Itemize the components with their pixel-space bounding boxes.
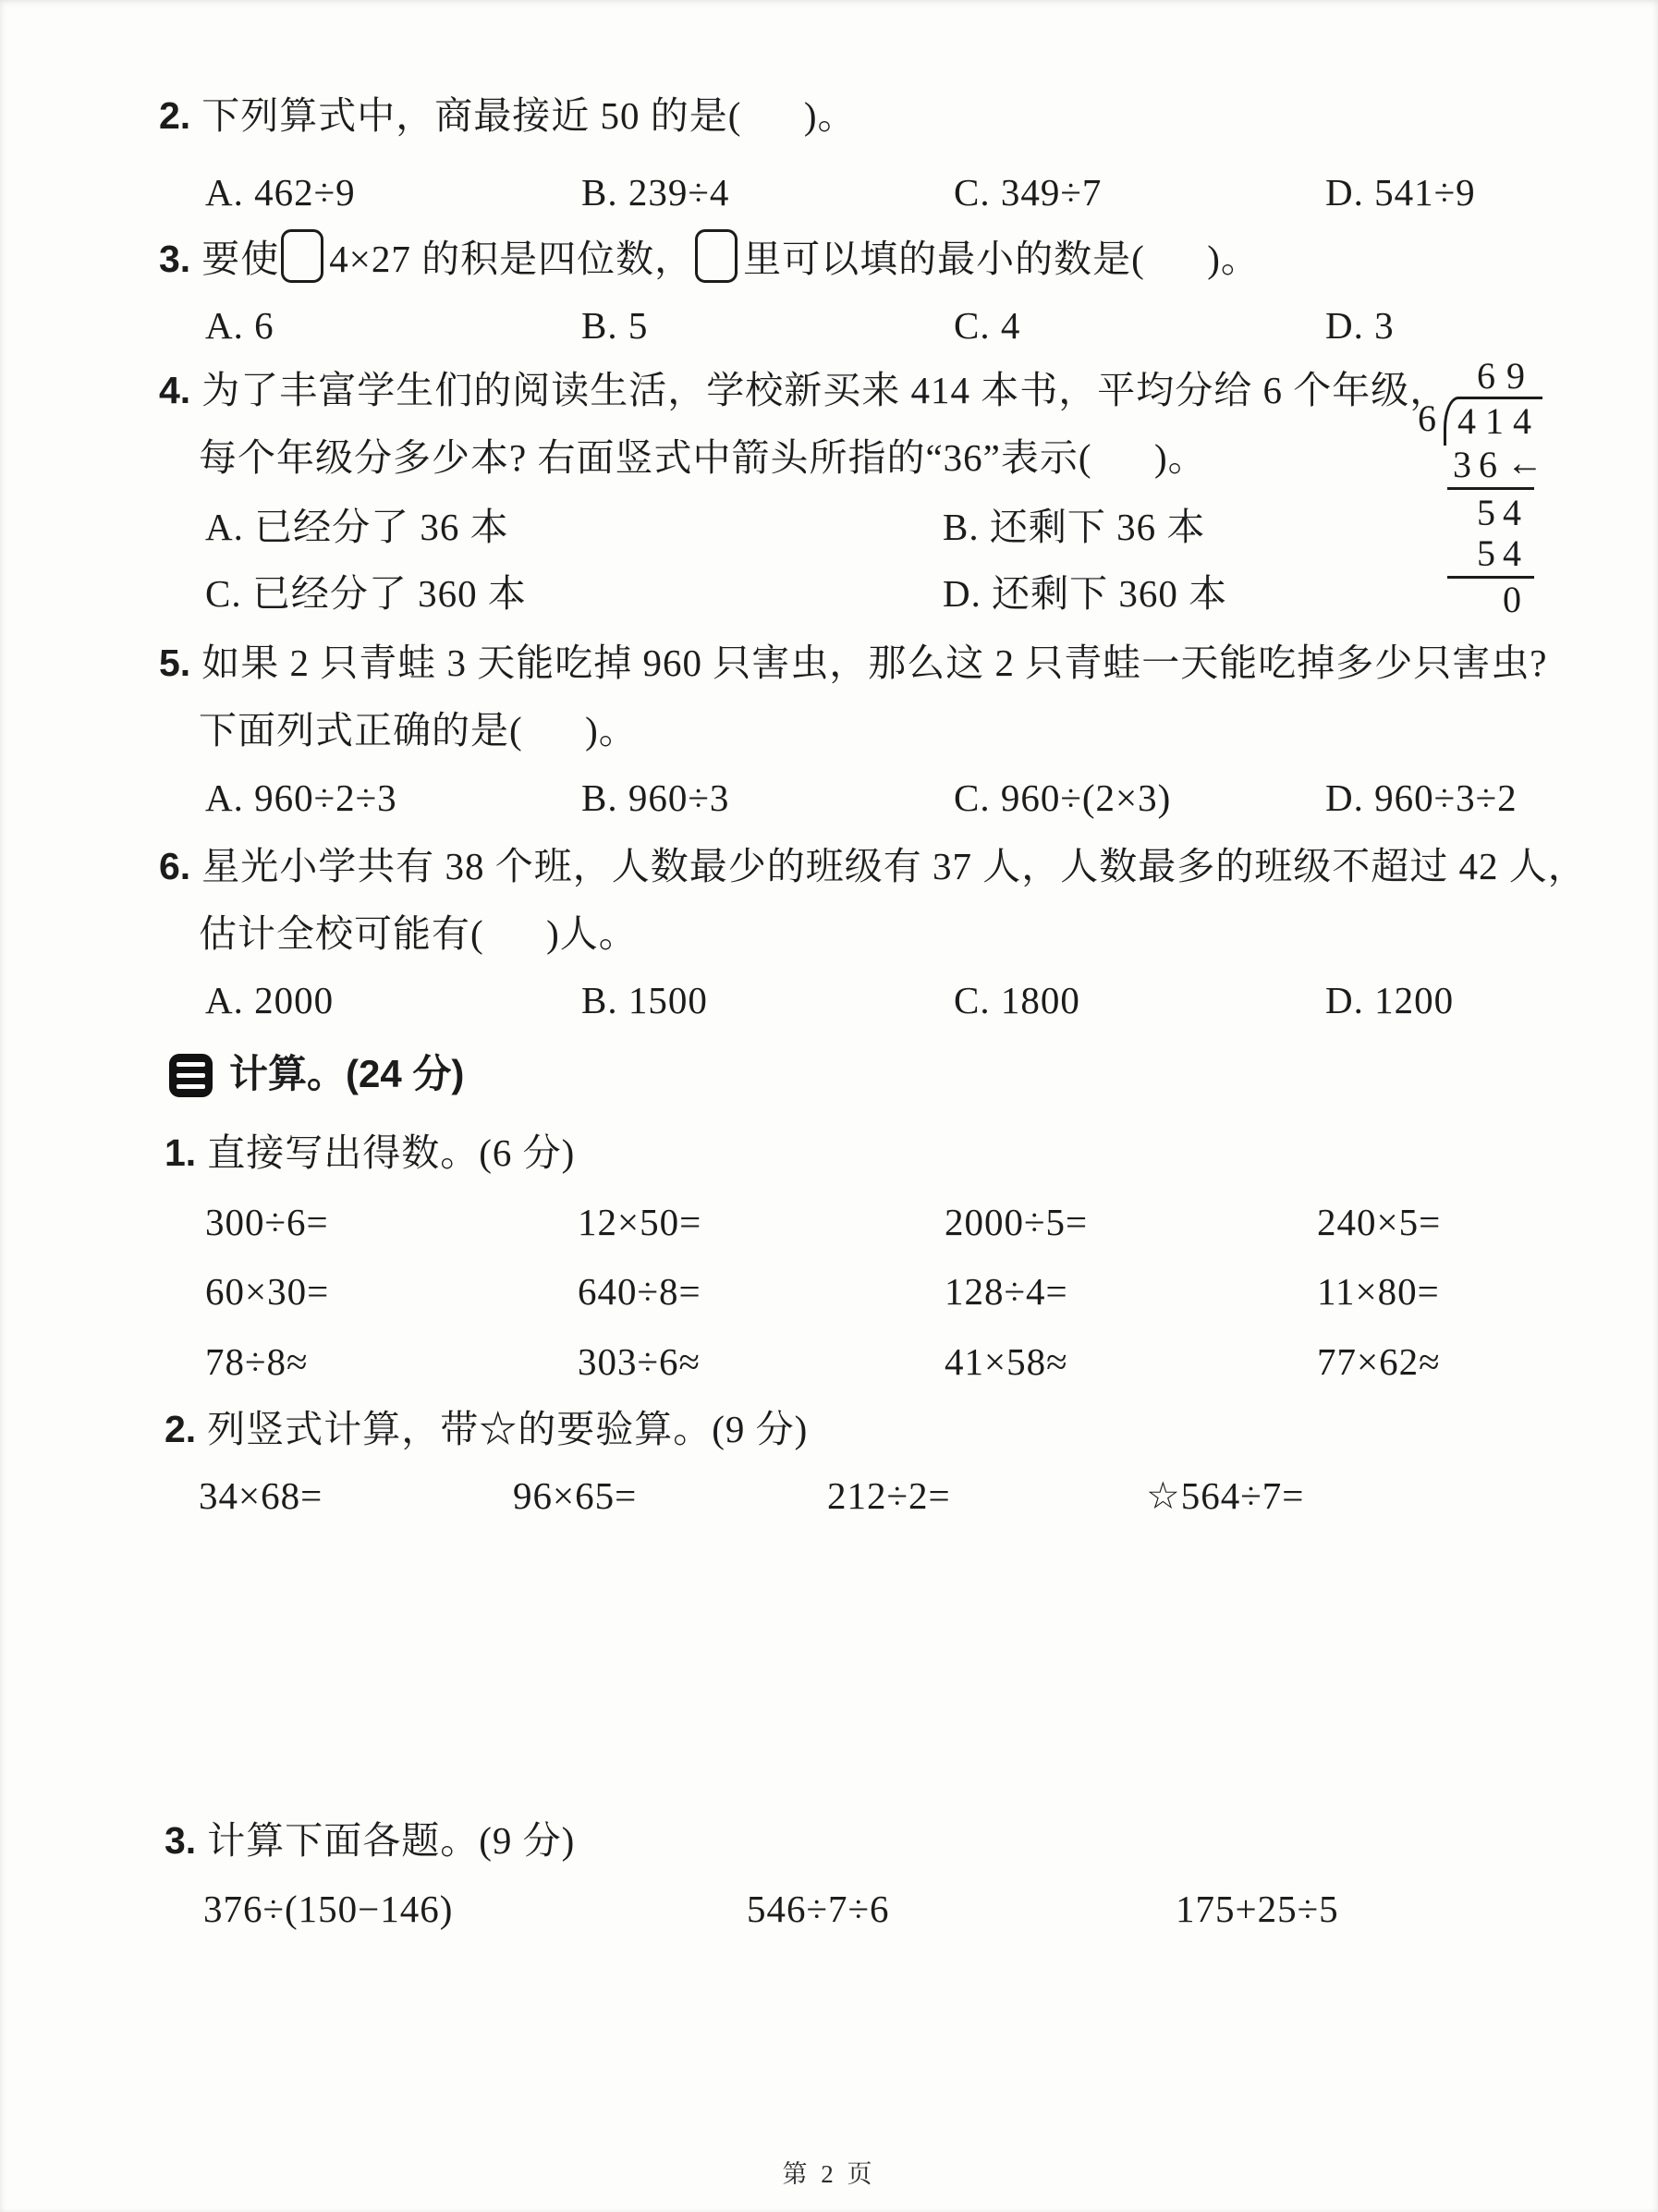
- option-d: D. 还剩下 360 本: [943, 570, 1227, 617]
- subquestion-1-title: 1.直接写出得数。(6 分): [165, 1130, 575, 1176]
- subquestion-2-number: 2.: [165, 1408, 207, 1450]
- division-dividend: 414: [1444, 397, 1542, 446]
- section-title: 计算。(24 分): [229, 1050, 464, 1098]
- option-b: B. 还剩下 36 本: [943, 504, 1205, 550]
- question-6-text-2: 估计全校可能有( )人。: [199, 912, 638, 955]
- option-c: C. 4: [954, 302, 1020, 348]
- question-5-options: A. 960÷2÷3 B. 960÷3 C. 960÷(2×3) D. 960÷…: [0, 775, 1658, 826]
- option-b: B. 960÷3: [581, 775, 729, 821]
- calc-expression: 41×58≈: [945, 1338, 1068, 1385]
- section-three-icon: [169, 1054, 213, 1097]
- option-a: A. 960÷2÷3: [205, 775, 397, 821]
- question-2-text: 下列算式中，商最接近 50 的是( )。: [201, 94, 856, 137]
- mental-math-row-3: 78÷8≈ 303÷6≈ 41×58≈ 77×62≈: [0, 1338, 1658, 1390]
- question-4-options-cd: C. 已经分了 360 本 D. 还剩下 360 本: [0, 570, 1658, 622]
- division-divisor: 6: [1418, 398, 1436, 439]
- calc-expression: 303÷6≈: [578, 1338, 701, 1385]
- calc-expression: 546÷7÷6: [747, 1886, 890, 1932]
- division-rule: [1447, 487, 1534, 490]
- calc-expression: 128÷4=: [945, 1268, 1068, 1314]
- option-c: C. 960÷(2×3): [954, 775, 1171, 821]
- blank-box: [281, 229, 323, 283]
- option-a: A. 6: [205, 302, 274, 348]
- question-3-options: A. 6 B. 5 C. 4 D. 3: [0, 302, 1658, 354]
- option-c: C. 349÷7: [954, 169, 1102, 215]
- option-a: A. 2000: [205, 977, 334, 1023]
- division-remainder: 0: [1503, 580, 1521, 620]
- option-c: C. 已经分了 360 本: [205, 570, 527, 617]
- division-step-54b: 54: [1477, 533, 1529, 574]
- question-4-number: 4.: [159, 369, 201, 411]
- calc-expression: 34×68=: [199, 1473, 323, 1519]
- page-number: 第 2 页: [0, 2154, 1658, 2190]
- division-step-54: 54: [1477, 493, 1529, 533]
- question-6-number: 6.: [159, 845, 201, 887]
- question-3: 3.要使4×27 的积是四位数，里可以填的最小的数是( )。: [159, 229, 1260, 283]
- calc-expression: 640÷8=: [578, 1268, 701, 1314]
- option-b: B. 239÷4: [581, 169, 729, 215]
- calc-expression: 12×50=: [578, 1199, 701, 1245]
- question-5-text-1: 如果 2 只青蛙 3 天能吃掉 960 只害虫，那么这 2 只青蛙一天能吃掉多少…: [201, 642, 1547, 684]
- question-4-options-ab: A. 已经分了 36 本 B. 还剩下 36 本: [0, 504, 1658, 556]
- option-d: D. 541÷9: [1325, 169, 1476, 215]
- option-a: A. 已经分了 36 本: [205, 504, 509, 550]
- option-d: D. 960÷3÷2: [1325, 775, 1518, 821]
- subquestion-1-text: 直接写出得数。(6 分): [207, 1131, 575, 1174]
- question-5-line-1: 5.如果 2 只青蛙 3 天能吃掉 960 只害虫，那么这 2 只青蛙一天能吃掉…: [159, 640, 1547, 686]
- subquestion-3-title: 3.计算下面各题。(9 分): [165, 1817, 575, 1864]
- question-4-text-2: 每个年级分多少本? 右面竖式中箭头所指的“36”表示( )。: [199, 436, 1207, 479]
- question-5-number: 5.: [159, 642, 201, 684]
- division-quotient: 69: [1477, 356, 1536, 397]
- subquestion-2-text: 列竖式计算，带☆的要验算。(9 分): [207, 1408, 808, 1450]
- mental-math-row-2: 60×30= 640÷8= 128÷4= 11×80=: [0, 1268, 1658, 1320]
- question-6-text-1: 星光小学共有 38 个班，人数最少的班级有 37 人，人数最多的班级不超过 42…: [201, 845, 1587, 887]
- calc-expression: 11×80=: [1317, 1268, 1440, 1314]
- mental-math-row-1: 300÷6= 12×50= 2000÷5= 240×5=: [0, 1199, 1658, 1251]
- question-2-options: A. 462÷9 B. 239÷4 C. 349÷7 D. 541÷9: [0, 169, 1658, 221]
- calc-expression: 212÷2=: [827, 1473, 951, 1519]
- worksheet-page: 2.下列算式中，商最接近 50 的是( )。 A. 462÷9 B. 239÷4…: [0, 0, 1658, 2212]
- question-4-text-1: 为了丰富学生们的阅读生活，学校新买来 414 本书，平均分给 6 个年级，: [201, 369, 1448, 411]
- calc-expression: 96×65=: [513, 1473, 637, 1519]
- calc-expression: 300÷6=: [205, 1199, 329, 1245]
- calc-expression: 376÷(150−146): [203, 1886, 453, 1932]
- subquestion-2-title: 2.列竖式计算，带☆的要验算。(9 分): [165, 1406, 808, 1452]
- question-5-text-2: 下面列式正确的是( )。: [199, 709, 638, 752]
- mixed-calc-row: 376÷(150−146) 546÷7÷6 175+25÷5: [0, 1886, 1658, 1937]
- question-2: 2.下列算式中，商最接近 50 的是( )。: [159, 92, 857, 139]
- option-d: D. 1200: [1325, 977, 1454, 1023]
- calc-expression: 2000÷5=: [945, 1199, 1088, 1245]
- question-5-line-2: 下面列式正确的是( )。: [199, 707, 638, 753]
- question-6-line-1: 6.星光小学共有 38 个班，人数最少的班级有 37 人，人数最多的班级不超过 …: [159, 843, 1587, 889]
- calc-expression: 240×5=: [1317, 1199, 1441, 1245]
- calc-expression-starred: ☆564÷7=: [1146, 1473, 1304, 1519]
- calc-expression: 60×30=: [205, 1268, 329, 1314]
- question-3-number: 3.: [159, 238, 201, 280]
- column-calc-row: 34×68= 96×65= 212÷2= ☆564÷7=: [0, 1473, 1658, 1524]
- question-3-text-1: 要使: [201, 238, 279, 280]
- arrow-left-icon: ←: [1506, 443, 1543, 483]
- option-b: B. 1500: [581, 977, 708, 1023]
- division-step-36: 36: [1453, 445, 1505, 485]
- subquestion-3-text: 计算下面各题。(9 分): [207, 1819, 575, 1862]
- option-a: A. 462÷9: [205, 169, 356, 215]
- question-6-options: A. 2000 B. 1500 C. 1800 D. 1200: [0, 977, 1658, 1029]
- option-c: C. 1800: [954, 977, 1080, 1023]
- calc-expression: 78÷8≈: [205, 1338, 309, 1385]
- option-d: D. 3: [1325, 302, 1395, 348]
- long-division-figure: 69 6 414 36 ← 54 54 0: [1412, 356, 1569, 624]
- subquestion-3-number: 3.: [165, 1819, 207, 1862]
- subquestion-1-number: 1.: [165, 1131, 207, 1174]
- question-3-text-3: 里可以填的最小的数是( )。: [743, 238, 1260, 280]
- question-3-text-2: 4×27 的积是四位数，: [329, 238, 693, 280]
- blank-box: [695, 229, 738, 283]
- calc-expression: 77×62≈: [1317, 1338, 1441, 1385]
- question-6-line-2: 估计全校可能有( )人。: [199, 910, 638, 957]
- question-4-line-1: 4.为了丰富学生们的阅读生活，学校新买来 414 本书，平均分给 6 个年级，: [159, 367, 1448, 413]
- option-b: B. 5: [581, 302, 648, 348]
- question-2-number: 2.: [159, 94, 201, 137]
- question-4-line-2: 每个年级分多少本? 右面竖式中箭头所指的“36”表示( )。: [199, 434, 1207, 481]
- calc-expression: 175+25÷5: [1176, 1886, 1339, 1932]
